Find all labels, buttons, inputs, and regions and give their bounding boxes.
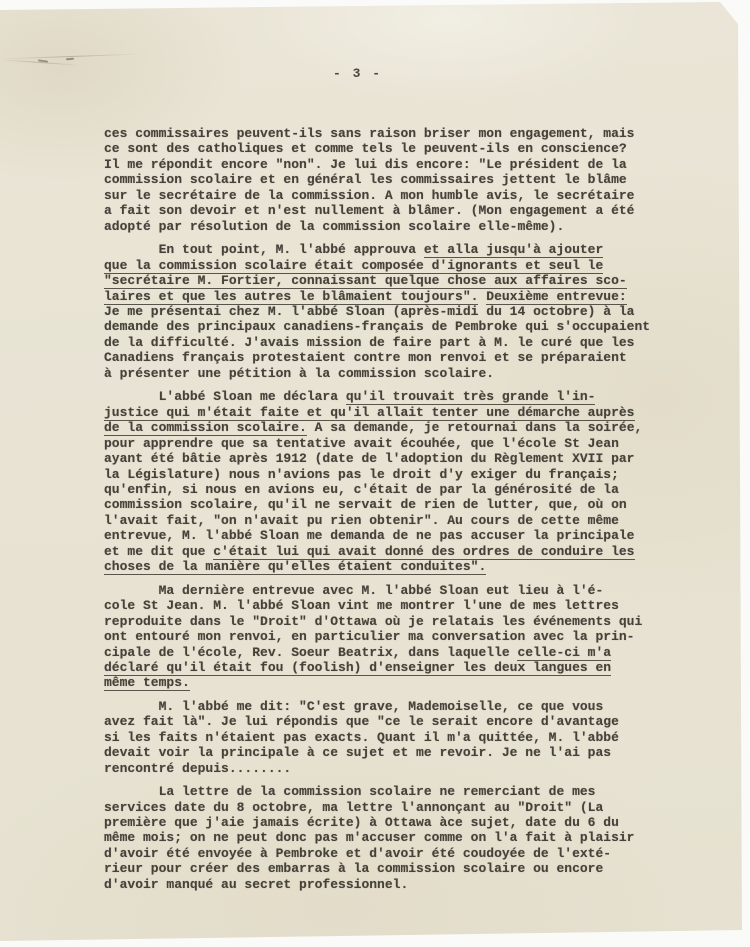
text-line: d'avoir manqué au secret professionnel.	[104, 877, 670, 892]
text-segment: cipale de l'école, Rev. Soeur Beatrix, d…	[104, 645, 517, 660]
document-body: ces commissaires peuvent-ils sans raison…	[104, 126, 670, 892]
crease-mark	[66, 58, 74, 61]
text-line: M. l'abbé me dit: "C'est grave, Mademois…	[104, 699, 670, 714]
text-line: de la difficulté. J'avais mission de fai…	[104, 335, 670, 350]
text-line: choses de la manière qu'elles étaient co…	[104, 559, 670, 574]
underlined-text: laires et que les autres le blâmaient to…	[104, 289, 478, 305]
underlined-text: que la commission scolaire était composé…	[104, 258, 603, 274]
text-line: ce sont des catholiques et comme tels le…	[104, 141, 670, 156]
paragraph: La lettre de la commission scolaire ne r…	[104, 784, 670, 892]
text-segment: La lettre de la commission scolaire ne r…	[104, 784, 595, 799]
text-segment: avez fait là". Je lui répondis que "ce l…	[104, 714, 619, 729]
text-line: Je me présentai chez M. l'abbé Sloan (ap…	[104, 304, 670, 319]
text-line: que la commission scolaire était composé…	[104, 258, 670, 273]
text-line: et me dit que c'était lui qui avait donn…	[104, 544, 670, 559]
text-line: d'avoir été envoyée à Pembroke et d'avoi…	[104, 846, 670, 861]
text-line: ont entouré mon renvoi, en particulier m…	[104, 629, 670, 644]
text-line: devait voir la principale à ce sujet et …	[104, 745, 670, 760]
text-segment: M. l'abbé me dit: "C'est grave, Mademois…	[104, 699, 603, 714]
underlined-text: "secrétaire M. Fortier, connaissant quel…	[104, 273, 627, 289]
text-segment: Ma dernière entrevue avec M. l'abbé Sloa…	[104, 583, 603, 598]
paragraph: M. l'abbé me dit: "C'est grave, Mademois…	[104, 699, 670, 776]
text-line: même temps.	[104, 675, 670, 690]
text-segment: première que j'aie jamais écrite) à Otta…	[104, 815, 619, 830]
text-line: La lettre de la commission scolaire ne r…	[104, 784, 670, 799]
text-segment: entrevue, M. l'abbé Sloan me demanda de …	[104, 528, 635, 543]
text-segment: d'avoir manqué au secret professionnel.	[104, 877, 408, 892]
text-segment: pour apprendre que sa tentative avait éc…	[104, 436, 619, 451]
text-segment: commission scolaire, qu'il ne servait de…	[104, 497, 627, 512]
text-segment: commission scolaire et en général les co…	[104, 172, 627, 187]
underlined-text: de la commission scolaire.	[104, 420, 307, 436]
text-line: demande des principaux canadiens-françai…	[104, 319, 670, 334]
text-line: services date du 8 octobre, ma lettre l'…	[104, 800, 670, 815]
underlined-text: celle-ci m'a	[517, 645, 611, 661]
text-line: En tout point, M. l'abbé approuva et all…	[104, 242, 670, 257]
underlined-text: qu'il trouvait très grande l'in-	[346, 389, 596, 405]
underlined-text: choses de la manière qu'elles étaient co…	[104, 559, 486, 575]
text-segment: même mois; on ne peut donc pas m'accuser…	[104, 830, 635, 845]
text-line: commission scolaire, qu'il ne servait de…	[104, 497, 670, 512]
page-number: - 3 -	[333, 66, 382, 81]
text-line: à présenter une pétition à la commission…	[104, 366, 670, 381]
text-line: sur le secrétaire de la commission. A mo…	[104, 188, 670, 203]
text-line: Il me répondit encore "non". Je lui dis …	[104, 157, 670, 172]
text-line: adopté par résolution de la commission s…	[104, 219, 670, 234]
text-segment: L'abbé Sloan me déclara	[104, 389, 346, 404]
underlined-text: même temps.	[104, 675, 190, 691]
text-segment: adopté par résolution de la commission s…	[104, 219, 564, 234]
text-segment: et me dit que	[104, 544, 213, 559]
text-line: Canadiens français protestaient contre m…	[104, 350, 670, 365]
text-segment: la Législature) nous n'avions pas le dro…	[104, 467, 619, 482]
text-segment: rieur pour créer des embarras à la commi…	[104, 861, 603, 876]
text-line: a fait son devoir et n'est nullement à b…	[104, 203, 670, 218]
text-segment: Il me répondit encore "non". Je lui dis …	[104, 157, 627, 172]
text-segment: services date du 8 octobre, ma lettre l'…	[104, 800, 603, 815]
text-segment: l'avait fait, "on n'avait pu rien obteni…	[104, 513, 619, 528]
underlined-text: c'était lui qui avait donné des ordres d…	[213, 544, 634, 560]
underlined-text: déclaré qu'il était fou (foolish) d'ense…	[104, 660, 611, 676]
text-segment: Je me présentai chez M. l'abbé Sloan (ap…	[104, 304, 635, 319]
text-segment: à présenter une pétition à la commission…	[104, 366, 494, 381]
text-line: cole St Jean. M. l'abbé Sloan vint me mo…	[104, 598, 670, 613]
text-line: même mois; on ne peut donc pas m'accuser…	[104, 830, 670, 845]
text-segment: sur le secrétaire de la commission. A mo…	[104, 188, 635, 203]
text-line: première que j'aie jamais écrite) à Otta…	[104, 815, 670, 830]
text-segment: d'avoir été envoyée à Pembroke et d'avoi…	[104, 846, 611, 861]
text-segment: qu'enfin, si nous en avions eu, c'était …	[104, 482, 619, 497]
text-segment: a fait son devoir et n'est nullement à b…	[104, 203, 635, 218]
text-line: rencontré depuis........	[104, 761, 670, 776]
paper-sheet: - 3 - ces commissaires peuvent-ils sans …	[0, 0, 750, 947]
text-line: pour apprendre que sa tentative avait éc…	[104, 436, 670, 451]
scanned-document: - 3 - ces commissaires peuvent-ils sans …	[0, 0, 750, 947]
text-line: cipale de l'école, Rev. Soeur Beatrix, d…	[104, 645, 670, 660]
text-line: qu'enfin, si nous en avions eu, c'était …	[104, 482, 670, 497]
text-segment: de la difficulté. J'avais mission de fai…	[104, 335, 635, 350]
text-line: ces commissaires peuvent-ils sans raison…	[104, 126, 670, 141]
underlined-text: Deuxième entrevue:	[486, 289, 626, 305]
paragraph: Ma dernière entrevue avec M. l'abbé Sloa…	[104, 583, 670, 691]
text-segment: ces commissaires peuvent-ils sans raison…	[104, 126, 635, 141]
text-segment: ce sont des catholiques et comme tels le…	[104, 141, 627, 156]
text-line: laires et que les autres le blâmaient to…	[104, 289, 670, 304]
text-segment: En tout point, M. l'abbé approuva	[104, 242, 424, 257]
text-line: entrevue, M. l'abbé Sloan me demanda de …	[104, 528, 670, 543]
text-line: avez fait là". Je lui répondis que "ce l…	[104, 714, 670, 729]
text-segment: ayant été bâtie après 1912 (date de l'ad…	[104, 451, 635, 466]
text-segment: ont entouré mon renvoi, en particulier m…	[104, 629, 635, 644]
text-line: ayant été bâtie après 1912 (date de l'ad…	[104, 451, 670, 466]
text-line: "secrétaire M. Fortier, connaissant quel…	[104, 273, 670, 288]
text-line: l'avait fait, "on n'avait pu rien obteni…	[104, 513, 670, 528]
text-segment: si les faits n'étaient pas exacts. Quant…	[104, 730, 619, 745]
text-line: reproduite dans le "Droit" d'Ottawa où j…	[104, 614, 670, 629]
text-segment: demande des principaux canadiens-françai…	[104, 319, 650, 334]
text-line: rieur pour créer des embarras à la commi…	[104, 861, 670, 876]
text-segment: A sa demande, je retournai dans la soiré…	[307, 420, 642, 435]
text-line: de la commission scolaire. A sa demande,…	[104, 420, 670, 435]
text-line: la Législature) nous n'avions pas le dro…	[104, 467, 670, 482]
text-line: justice qui m'était faite et qu'il allai…	[104, 405, 670, 420]
text-segment: reproduite dans le "Droit" d'Ottawa où j…	[104, 614, 642, 629]
underlined-text: et alla jusqu'à ajouter	[424, 242, 603, 258]
text-line: L'abbé Sloan me déclara qu'il trouvait t…	[104, 389, 670, 404]
text-segment: rencontré depuis........	[104, 761, 291, 776]
paragraph: En tout point, M. l'abbé approuva et all…	[104, 242, 670, 381]
text-line: commission scolaire et en général les co…	[104, 172, 670, 187]
text-line: Ma dernière entrevue avec M. l'abbé Sloa…	[104, 583, 670, 598]
text-line: déclaré qu'il était fou (foolish) d'ense…	[104, 660, 670, 675]
text-segment: Canadiens français protestaient contre m…	[104, 350, 627, 365]
text-segment: devait voir la principale à ce sujet et …	[104, 745, 611, 760]
paragraph: ces commissaires peuvent-ils sans raison…	[104, 126, 670, 234]
underlined-text: justice qui m'était faite et qu'il allai…	[104, 405, 635, 421]
text-segment: cole St Jean. M. l'abbé Sloan vint me mo…	[104, 598, 619, 613]
paragraph: L'abbé Sloan me déclara qu'il trouvait t…	[104, 389, 670, 574]
text-line: si les faits n'étaient pas exacts. Quant…	[104, 730, 670, 745]
